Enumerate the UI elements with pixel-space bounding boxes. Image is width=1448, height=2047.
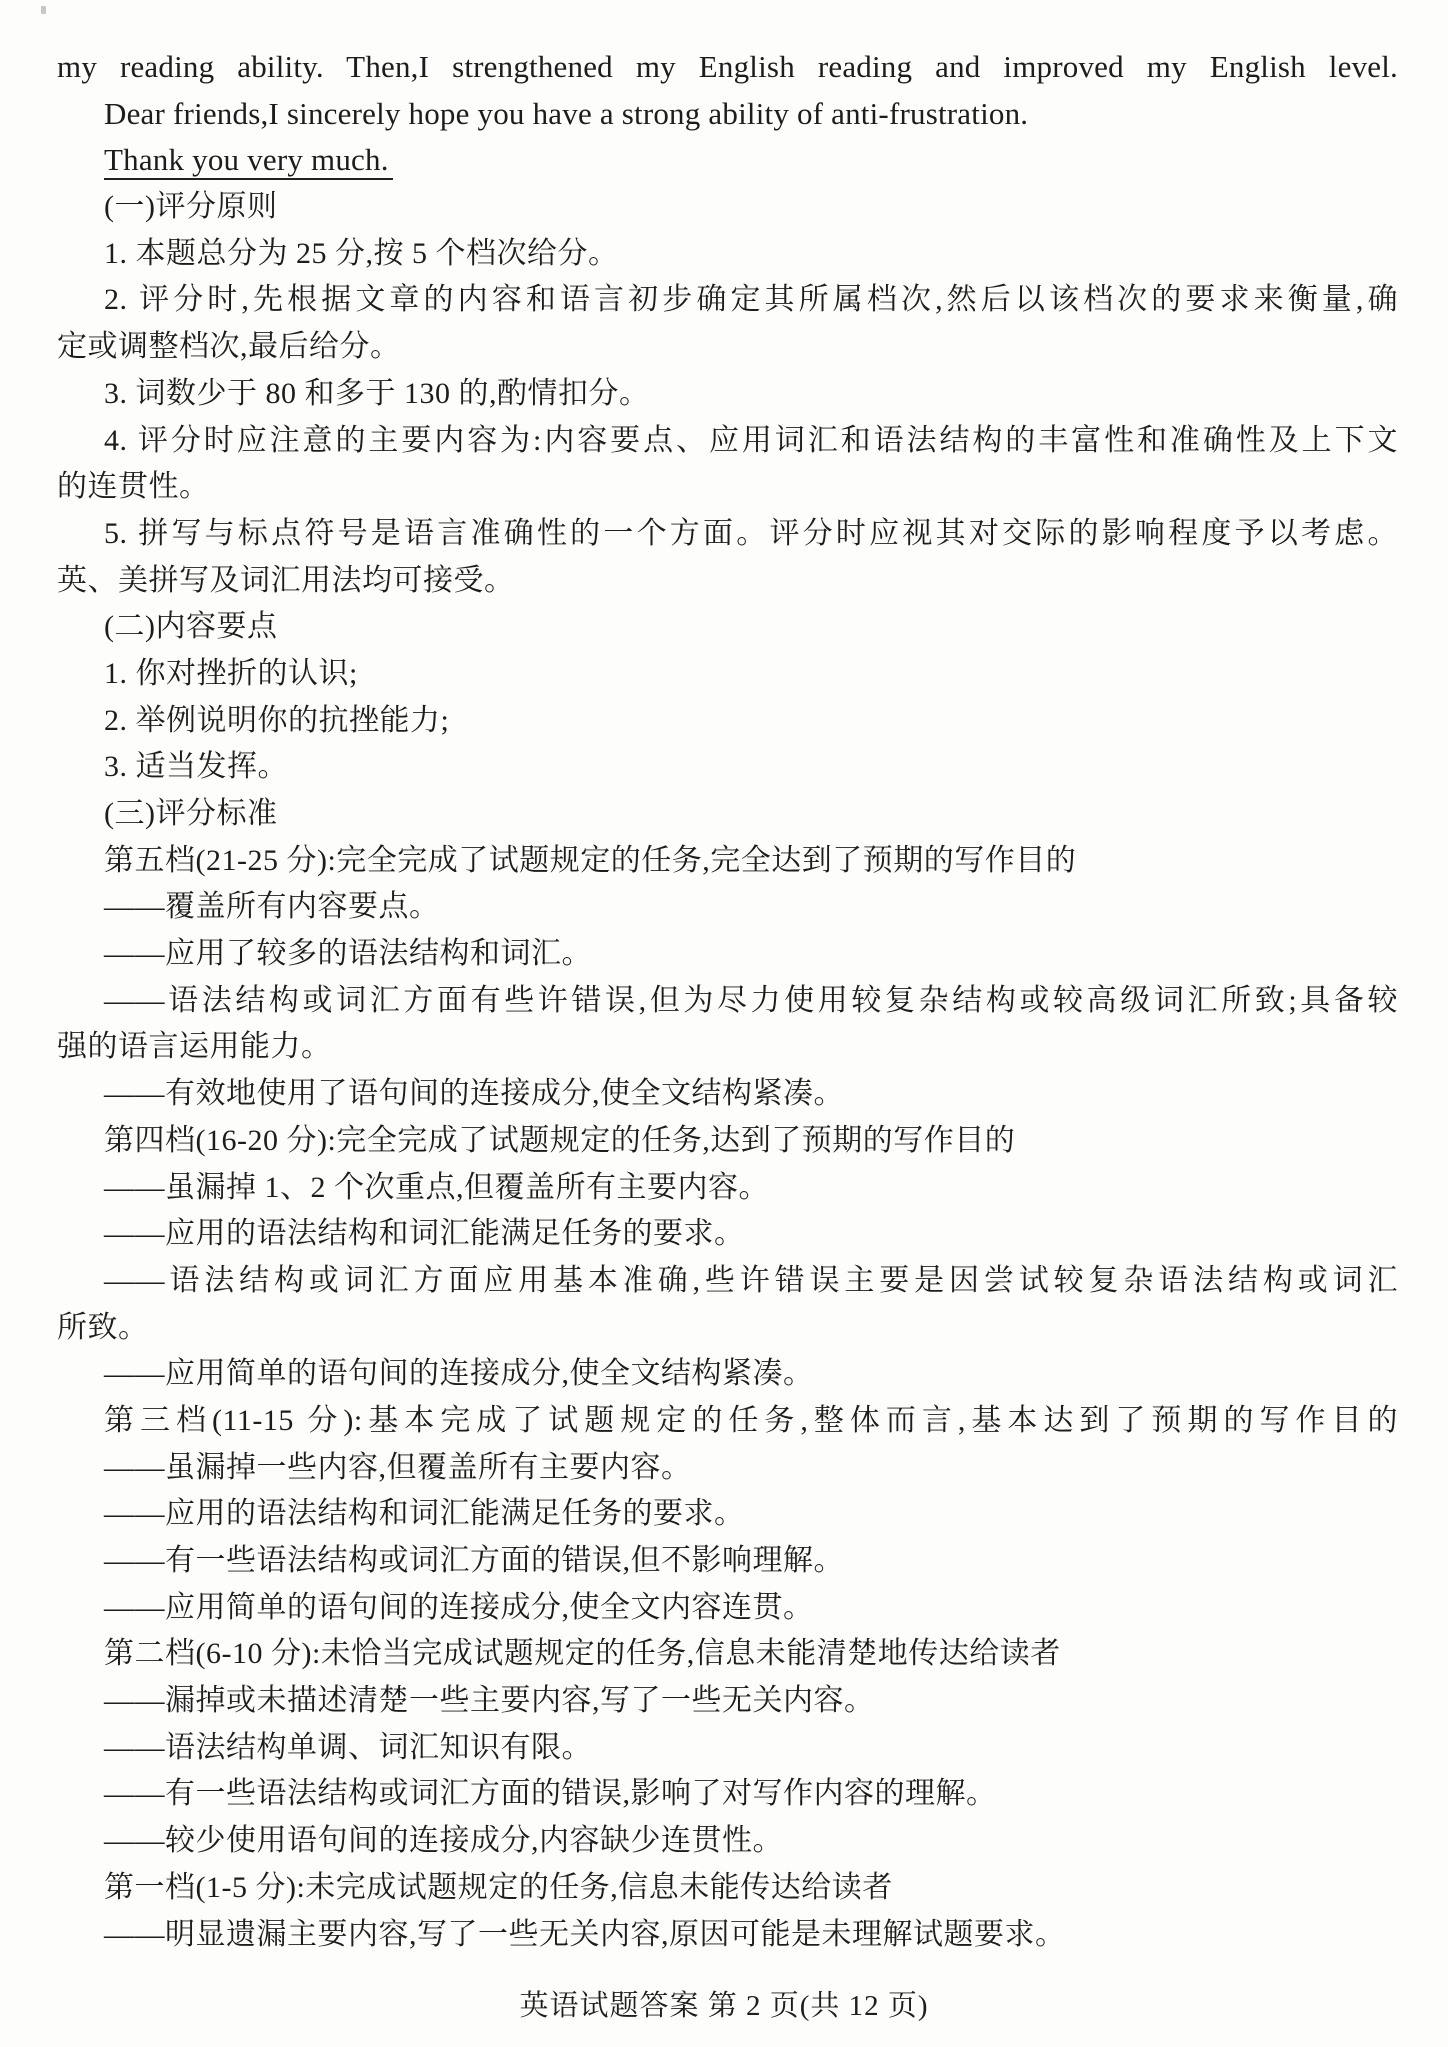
text-line-content: 第一档(1-5 分):未完成试题规定的任务,信息未能传达给读者 (104, 1871, 893, 1904)
text-line-content: (一)评分原则 (104, 190, 277, 223)
text-line-content: 第三档(11-15 分):基本完成了试题规定的任务,整体而言,基本达到了预期的写… (104, 1404, 1398, 1437)
text-line: (二)内容要点 (57, 604, 1398, 651)
text-line: ——语法结构单调、词汇知识有限。 (57, 1725, 1398, 1772)
text-line: my reading ability. Then,I strengthened … (57, 44, 1398, 91)
text-line-content: ——较少使用语句间的连接成分,内容缺少连贯性。 (104, 1824, 783, 1857)
text-line-content: 定或调整档次,最后给分。 (57, 330, 401, 363)
text-line-content: ——应用的语法结构和词汇能满足任务的要求。 (104, 1497, 745, 1530)
text-line: ——应用简单的语句间的连接成分,使全文结构紧凑。 (57, 1351, 1398, 1398)
text-line: Thank you very much. (57, 137, 1398, 184)
text-line: ——应用简单的语句间的连接成分,使全文内容连贯。 (57, 1585, 1398, 1632)
text-line: 定或调整档次,最后给分。 (57, 324, 1398, 371)
text-line: ——应用的语法结构和词汇能满足任务的要求。 (57, 1491, 1398, 1538)
text-line: ——虽漏掉一些内容,但覆盖所有主要内容。 (57, 1445, 1398, 1492)
text-line: 第五档(21-25 分):完全完成了试题规定的任务,完全达到了预期的写作目的 (57, 838, 1398, 885)
text-line: ——有一些语法结构或词汇方面的错误,但不影响理解。 (57, 1538, 1398, 1585)
text-line: (一)评分原则 (57, 184, 1398, 231)
footer-text: 英语试题答案 第 2 页(共 12 页) (519, 1990, 928, 2022)
scan-artifact (41, 6, 46, 14)
text-line-content: ——漏掉或未描述清楚一些主要内容,写了一些无关内容。 (104, 1684, 875, 1717)
text-line: ——应用了较多的语法结构和词汇。 (57, 931, 1398, 978)
text-line-content: 第五档(21-25 分):完全完成了试题规定的任务,完全达到了预期的写作目的 (104, 844, 1076, 877)
text-line-content: 强的语言运用能力。 (57, 1030, 332, 1063)
text-line-content: ——应用简单的语句间的连接成分,使全文内容连贯。 (104, 1591, 814, 1624)
text-line-content: 3. 词数少于 80 和多于 130 的,酌情扣分。 (104, 377, 650, 410)
text-line-content: Thank you very much. (104, 142, 393, 180)
text-line: ——漏掉或未描述清楚一些主要内容,写了一些无关内容。 (57, 1678, 1398, 1725)
text-line: ——语法结构或词汇方面有些许错误,但为尽力使用较复杂结构或较高级词汇所致;具备较 (57, 978, 1398, 1025)
text-line: Dear friends,I sincerely hope you have a… (57, 91, 1398, 138)
text-line-content: ——应用了较多的语法结构和词汇。 (104, 937, 592, 970)
page-footer: 英语试题答案 第 2 页(共 12 页) (0, 1983, 1448, 2024)
text-line: ——应用的语法结构和词汇能满足任务的要求。 (57, 1211, 1398, 1258)
text-line-content: 第二档(6-10 分):未恰当完成试题规定的任务,信息未能清楚地传达给读者 (104, 1637, 1061, 1670)
text-line: 所致。 (57, 1305, 1398, 1352)
text-line-content: 5. 拼写与标点符号是语言准确性的一个方面。评分时应视其对交际的影响程度予以考虑… (104, 517, 1398, 550)
text-line: ——有效地使用了语句间的连接成分,使全文结构紧凑。 (57, 1071, 1398, 1118)
text-line-content: 第四档(16-20 分):完全完成了试题规定的任务,达到了预期的写作目的 (104, 1124, 1015, 1157)
text-line-content: ——有一些语法结构或词汇方面的错误,但不影响理解。 (104, 1544, 844, 1577)
text-line: 2. 举例说明你的抗挫能力; (57, 698, 1398, 745)
text-line: 5. 拼写与标点符号是语言准确性的一个方面。评分时应视其对交际的影响程度予以考虑… (57, 511, 1398, 558)
text-line: 1. 本题总分为 25 分,按 5 个档次给分。 (57, 231, 1398, 278)
text-line-content: Dear friends,I sincerely hope you have a… (104, 96, 1028, 131)
text-line: (三)评分标准 (57, 791, 1398, 838)
text-line-content: ——应用的语法结构和词汇能满足任务的要求。 (104, 1217, 745, 1250)
text-line-content: (二)内容要点 (104, 610, 277, 643)
text-line: 1. 你对挫折的认识; (57, 651, 1398, 698)
text-line-content: 所致。 (57, 1311, 149, 1344)
text-line: 强的语言运用能力。 (57, 1024, 1398, 1071)
text-line-content: 4. 评分时应注意的主要内容为:内容要点、应用词汇和语法结构的丰富性和准确性及上… (104, 424, 1398, 457)
text-line-content: 3. 适当发挥。 (104, 750, 288, 783)
text-line-content: ——覆盖所有内容要点。 (104, 890, 440, 923)
text-line: 英、美拼写及词汇用法均可接受。 (57, 558, 1398, 605)
text-line: ——虽漏掉 1、2 个次重点,但覆盖所有主要内容。 (57, 1165, 1398, 1212)
text-line: 3. 适当发挥。 (57, 744, 1398, 791)
scanned-document-page: my reading ability. Then,I strengthened … (0, 0, 1448, 2047)
text-line-content: ——应用简单的语句间的连接成分,使全文结构紧凑。 (104, 1357, 814, 1390)
text-line-content: ——有效地使用了语句间的连接成分,使全文结构紧凑。 (104, 1077, 844, 1110)
text-line: 4. 评分时应注意的主要内容为:内容要点、应用词汇和语法结构的丰富性和准确性及上… (57, 418, 1398, 465)
text-line: 第三档(11-15 分):基本完成了试题规定的任务,整体而言,基本达到了预期的写… (57, 1398, 1398, 1445)
text-line-content: 1. 本题总分为 25 分,按 5 个档次给分。 (104, 237, 619, 270)
text-line: ——语法结构或词汇方面应用基本准确,些许错误主要是因尝试较复杂语法结构或词汇 (57, 1258, 1398, 1305)
text-line-content: ——语法结构或词汇方面有些许错误,但为尽力使用较复杂结构或较高级词汇所致;具备较 (104, 984, 1398, 1017)
document-body: my reading ability. Then,I strengthened … (57, 44, 1398, 1958)
text-line-content: ——虽漏掉 1、2 个次重点,但覆盖所有主要内容。 (104, 1171, 769, 1204)
text-line-content: 的连贯性。 (57, 470, 210, 503)
text-line-content: ——语法结构单调、词汇知识有限。 (104, 1731, 592, 1764)
text-line: 第四档(16-20 分):完全完成了试题规定的任务,达到了预期的写作目的 (57, 1118, 1398, 1165)
text-line-content: 2. 举例说明你的抗挫能力; (104, 704, 449, 737)
text-line-content: ——明显遗漏主要内容,写了一些无关内容,原因可能是未理解试题要求。 (104, 1918, 1066, 1951)
text-line-content: ——虽漏掉一些内容,但覆盖所有主要内容。 (104, 1451, 692, 1484)
text-line: 2. 评分时,先根据文章的内容和语言初步确定其所属档次,然后以该档次的要求来衡量… (57, 277, 1398, 324)
text-line: 的连贯性。 (57, 464, 1398, 511)
text-line: ——较少使用语句间的连接成分,内容缺少连贯性。 (57, 1818, 1398, 1865)
text-line: ——有一些语法结构或词汇方面的错误,影响了对写作内容的理解。 (57, 1771, 1398, 1818)
text-line-content: 英、美拼写及词汇用法均可接受。 (57, 564, 515, 597)
text-line: 第二档(6-10 分):未恰当完成试题规定的任务,信息未能清楚地传达给读者 (57, 1631, 1398, 1678)
text-line-content: 1. 你对挫折的认识; (104, 657, 358, 690)
text-line: ——明显遗漏主要内容,写了一些无关内容,原因可能是未理解试题要求。 (57, 1912, 1398, 1959)
text-line-content: my reading ability. Then,I strengthened … (57, 49, 1398, 84)
text-line-content: (三)评分标准 (104, 797, 277, 830)
text-line-content: ——语法结构或词汇方面应用基本准确,些许错误主要是因尝试较复杂语法结构或词汇 (104, 1264, 1398, 1297)
text-line: 第一档(1-5 分):未完成试题规定的任务,信息未能传达给读者 (57, 1865, 1398, 1912)
text-line: 3. 词数少于 80 和多于 130 的,酌情扣分。 (57, 371, 1398, 418)
text-line-content: 2. 评分时,先根据文章的内容和语言初步确定其所属档次,然后以该档次的要求来衡量… (104, 283, 1398, 316)
text-line-content: ——有一些语法结构或词汇方面的错误,影响了对写作内容的理解。 (104, 1777, 997, 1810)
text-line: ——覆盖所有内容要点。 (57, 884, 1398, 931)
